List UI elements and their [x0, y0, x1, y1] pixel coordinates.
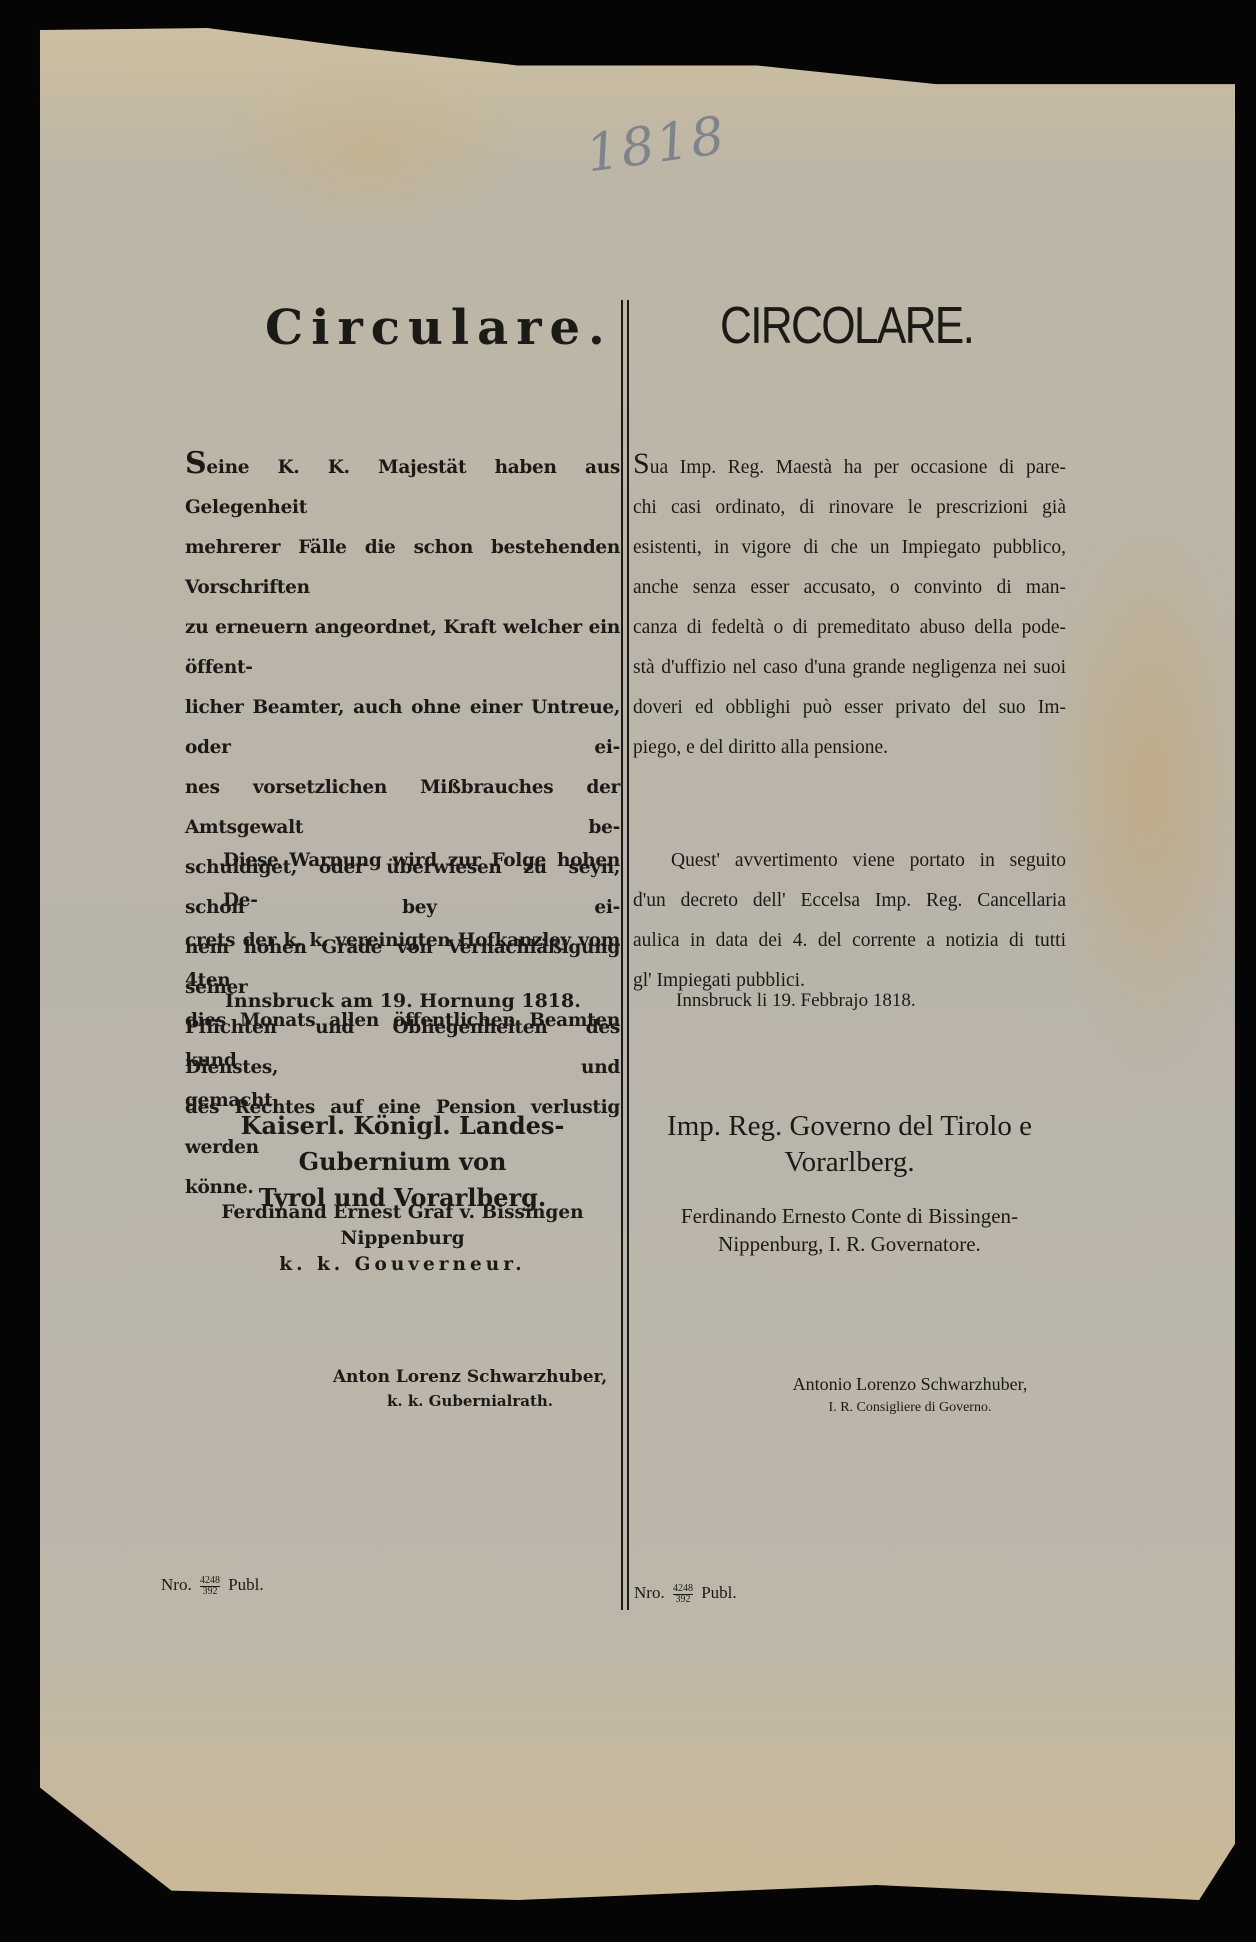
fraction: 4248392	[673, 1584, 693, 1605]
italian-publication-number: Nro. 4248392 Publ.	[634, 1583, 737, 1605]
italian-signatory: Antonio Lorenzo Schwarzhuber, I. R. Cons…	[760, 1372, 1060, 1420]
title-german: Circulare.	[265, 300, 613, 356]
german-date: Innsbruck am 19. Hornung 1818.	[225, 990, 660, 1012]
italian-authority: Imp. Reg. Governo del Tirolo e Vorarlber…	[633, 1108, 1066, 1180]
italian-governor: Ferdinando Ernesto Conte di Bissingen- N…	[633, 1202, 1066, 1258]
title-italian: CIRCOLARE.	[720, 296, 973, 356]
italian-paragraph-2: Quest' avvertimento viene portato in seg…	[633, 841, 1066, 1001]
german-governor: Ferdinand Ernest Graf v. Bissingen Nippe…	[185, 1200, 620, 1278]
german-publication-number: Nro. 4248392 Publ.	[161, 1575, 264, 1597]
german-paragraph-2: Diese Warnung wird zur Folge hohen De- c…	[185, 841, 620, 1121]
italian-date: Innsbruck li 19. Febbrajo 1818.	[676, 990, 916, 1012]
fraction: 4248392	[200, 1576, 220, 1597]
column-divider	[621, 300, 629, 1610]
italian-paragraph-1: Sua Imp. Reg. Maestà ha per occasione di…	[633, 448, 1066, 768]
german-signatory: Anton Lorenz Schwarzhuber, k. k. Guberni…	[330, 1365, 610, 1413]
